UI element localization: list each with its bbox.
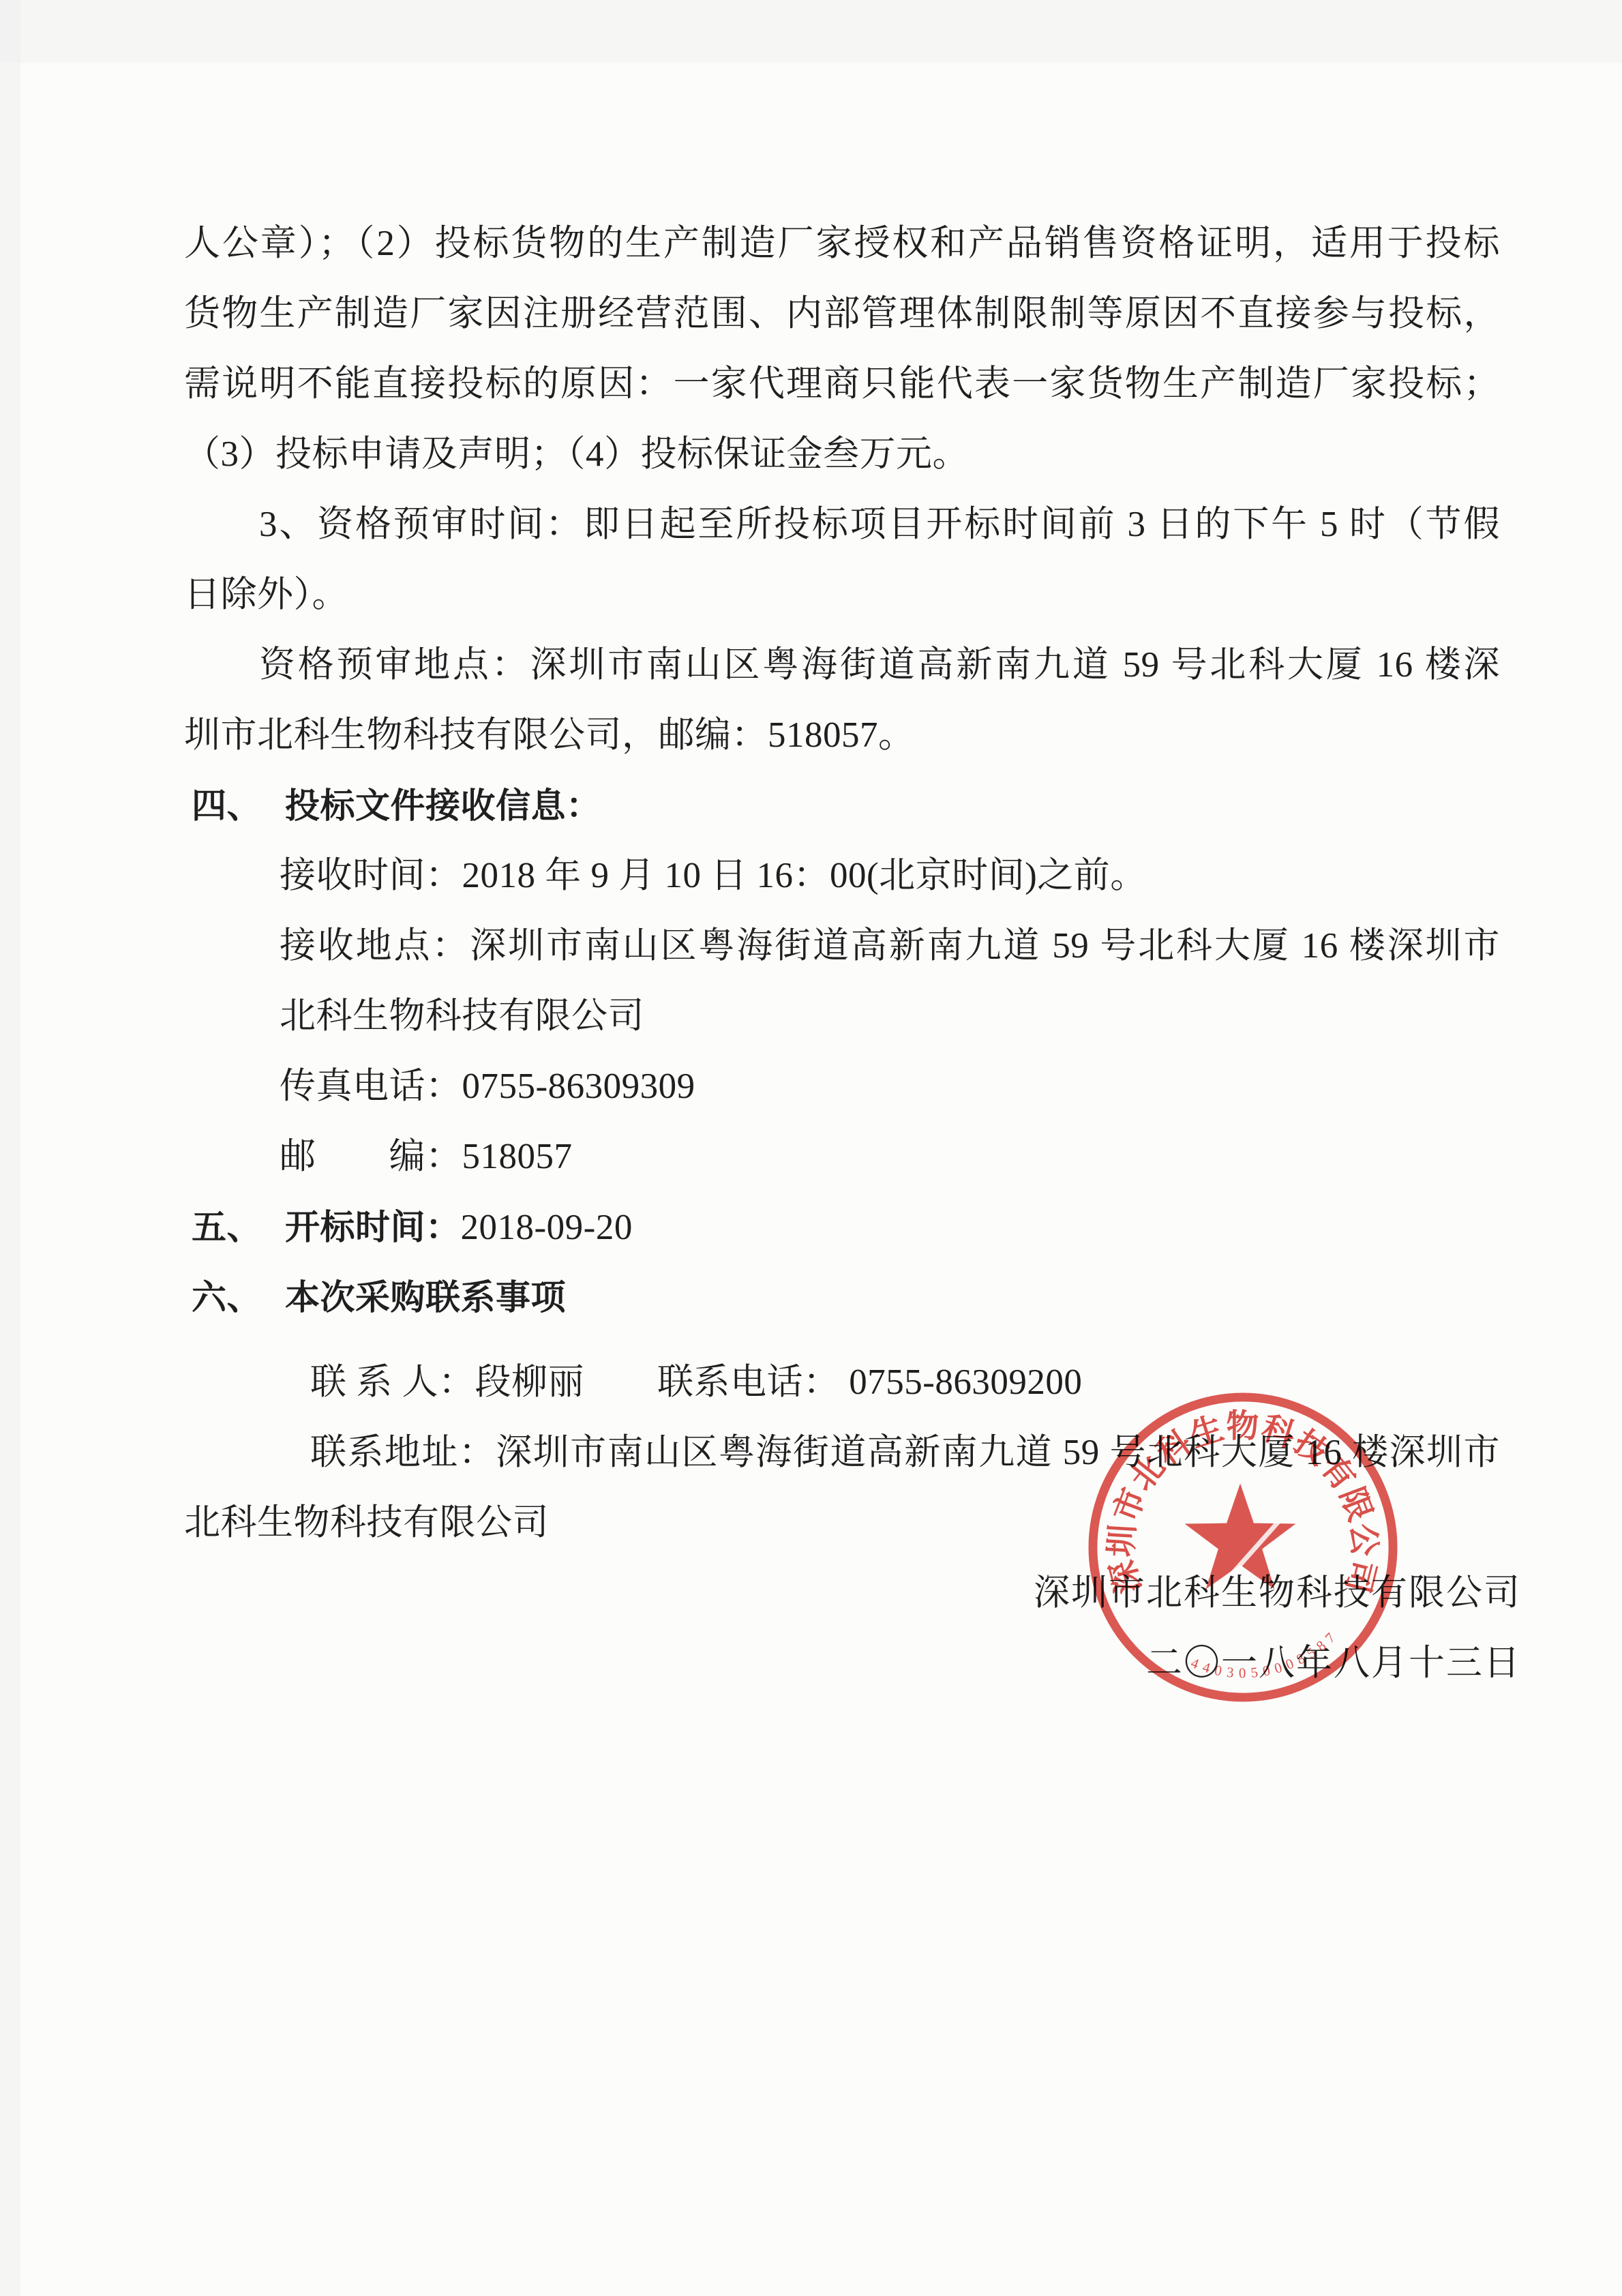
document-content: 人公章）；（2）投标货物的生产制造厂家授权和产品销售资格证明，适用于投标 货物生… <box>184 209 1500 1699</box>
postcode-line: 邮 编：518057 <box>280 1122 1500 1192</box>
contact-address-line2: 北科生物科技有限公司 <box>184 1488 1500 1558</box>
paragraph1-line2: 货物生产制造厂家因注册经营范围、内部管理体制限制等原因不直接参与投标， <box>184 279 1500 349</box>
prequalification-place-line2: 圳市北科生物科技有限公司，邮编：518057。 <box>184 700 1500 771</box>
contact-address-line1: 联系地址：深圳市南山区粤海街道高新南九道 59 号北科大厦 16 楼深圳市 <box>310 1418 1500 1488</box>
section-five-heading: 五、开标时间：2018-09-20 <box>184 1192 1500 1262</box>
fax-line: 传真电话：0755-86309309 <box>280 1052 1500 1122</box>
section-four-heading: 四、投标文件接收信息： <box>184 771 1500 841</box>
prequalification-time-line2: 日除外）。 <box>184 560 1500 630</box>
receive-time-line: 接收时间：2018 年 9 月 10 日 16：00(北京时间)之前。 <box>280 841 1500 911</box>
paragraph1-line4: （3）投标申请及声明；（4）投标保证金叁万元。 <box>184 419 1500 490</box>
document-page: 人公章）；（2）投标货物的生产制造厂家授权和产品销售资格证明，适用于投标 货物生… <box>0 0 1622 2296</box>
scan-artifact-top <box>0 0 1622 63</box>
signature-company: 深圳市北科生物科技有限公司 <box>184 1558 1521 1628</box>
signature-block: 深圳市北科生物科技有限公司 二〇一八年八月十三日 <box>184 1558 1521 1699</box>
contact-person-line: 联 系 人：段柳丽 联系电话： 0755-86309200 <box>310 1347 1500 1418</box>
paragraph1-line3: 需说明不能直接投标的原因：一家代理商只能代表一家货物生产制造厂家投标； <box>184 349 1500 419</box>
prequalification-time-line1: 3、资格预审时间：即日起至所投标项目开标时间前 3 日的下午 5 时（节假 <box>259 490 1500 560</box>
section-five-title: 开标时间： <box>285 1208 461 1247</box>
section-six-title: 本次采购联系事项 <box>285 1278 566 1317</box>
prequalification-place-line1: 资格预审地点：深圳市南山区粤海街道高新南九道 59 号北科大厦 16 楼深 <box>259 630 1500 700</box>
bid-opening-date: 2018-09-20 <box>461 1208 633 1247</box>
scan-artifact-left <box>0 0 20 2296</box>
receive-address-line2: 北科生物科技有限公司 <box>280 981 1500 1052</box>
signature-date: 二〇一八年八月十三日 <box>184 1628 1521 1699</box>
receive-address-line1: 接收地点：深圳市南山区粤海街道高新南九道 59 号北科大厦 16 楼深圳市 <box>280 911 1500 981</box>
section-six-number: 六、 <box>192 1262 285 1332</box>
section-six-heading: 六、本次采购联系事项 <box>184 1262 1500 1332</box>
section-five-number: 五、 <box>192 1192 285 1262</box>
section-four-title: 投标文件接收信息： <box>285 786 601 825</box>
section-four-number: 四、 <box>192 771 285 841</box>
paragraph1-line1: 人公章）；（2）投标货物的生产制造厂家授权和产品销售资格证明，适用于投标 <box>184 209 1500 279</box>
